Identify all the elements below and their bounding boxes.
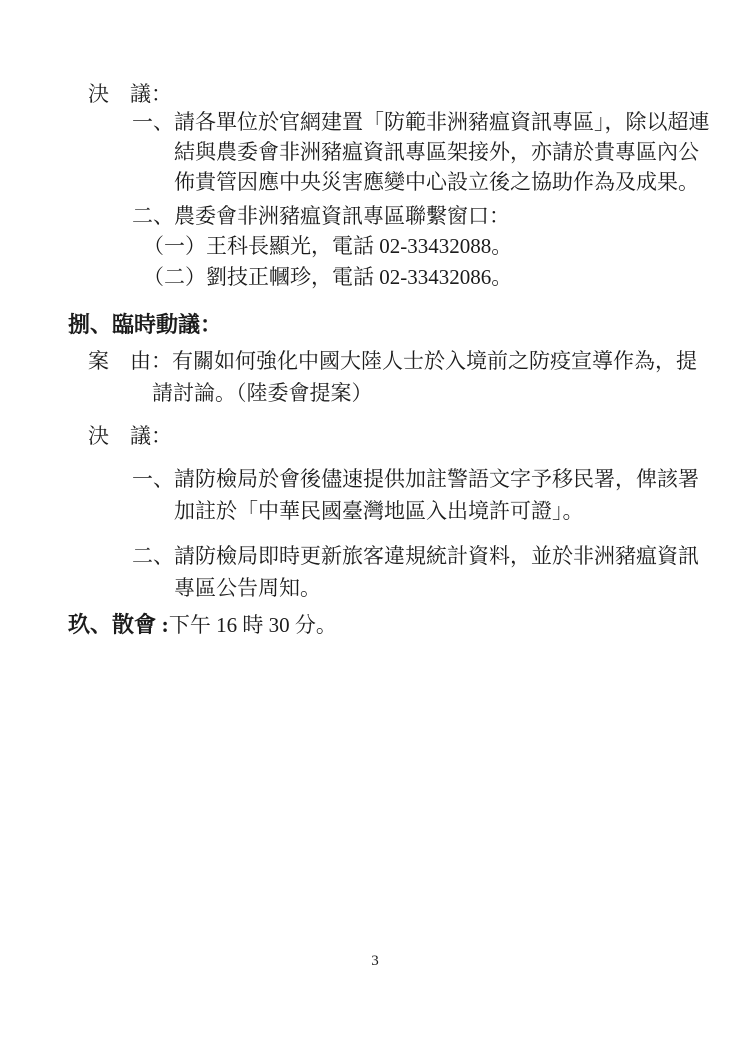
closing-line: 玖、散會 :下午 16 時 30 分。 <box>68 610 337 640</box>
text-line: 請討論。（陸委會提案） <box>152 377 687 409</box>
text-line: 一、請各單位於官網建置「防範非洲豬瘟資訊專區」，除以超連 <box>132 107 687 137</box>
section-heading-extempore-motions: 捌、臨時動議： <box>68 310 222 340</box>
resolution-label: 決 議： <box>88 79 172 109</box>
text-line: 加註於「中華民國臺灣地區入出境許可證」。 <box>174 495 687 527</box>
text-line: 佈貴管因應中央災害應變中心設立後之協助作為及成果。 <box>174 167 687 197</box>
text-line: 結與農委會非洲豬瘟資訊專區架接外，亦請於貴專區內公 <box>174 137 687 167</box>
text-line: 一、請防檢局於會後儘速提供加註警語文字予移民署，俾該署 <box>132 463 687 495</box>
page-number: 3 <box>0 951 750 971</box>
resolution2-item-2: 二、請防檢局即時更新旅客違規統計資料，並於非洲豬瘟資訊 專區公告周知。 <box>174 540 687 604</box>
resolution-label-2: 決 議： <box>88 421 172 451</box>
contact-line-1: （一）王科長顯光，電話 02-33432088。 <box>143 231 512 262</box>
contact-line-2: （二）劉技正幗珍，電話 02-33432086。 <box>143 262 512 293</box>
resolution-item-2: 二、農委會非洲豬瘟資訊專區聯繫窗口： <box>132 201 510 231</box>
contact-list: （一）王科長顯光，電話 02-33432088。 （二）劉技正幗珍，電話 02-… <box>143 231 512 293</box>
text-line: 案 由：有關如何強化中國大陸人士於入境前之防疫宣導作為，提 <box>88 345 687 377</box>
closing-time: 下午 16 時 30 分。 <box>169 613 337 637</box>
document-page: 決 議： 一、請各單位於官網建置「防範非洲豬瘟資訊專區」，除以超連 結與農委會非… <box>0 0 750 1060</box>
closing-heading: 玖、散會 : <box>68 612 169 637</box>
text-line: 專區公告周知。 <box>174 572 687 604</box>
resolution2-item-1: 一、請防檢局於會後儘速提供加註警語文字予移民署，俾該署 加註於「中華民國臺灣地區… <box>174 463 687 527</box>
resolution-item-1: 一、請各單位於官網建置「防範非洲豬瘟資訊專區」，除以超連 結與農委會非洲豬瘟資訊… <box>174 107 687 197</box>
case-description: 案 由：有關如何強化中國大陸人士於入境前之防疫宣導作為，提 請討論。（陸委會提案… <box>152 345 687 409</box>
text-line: 二、請防檢局即時更新旅客違規統計資料，並於非洲豬瘟資訊 <box>132 540 687 572</box>
